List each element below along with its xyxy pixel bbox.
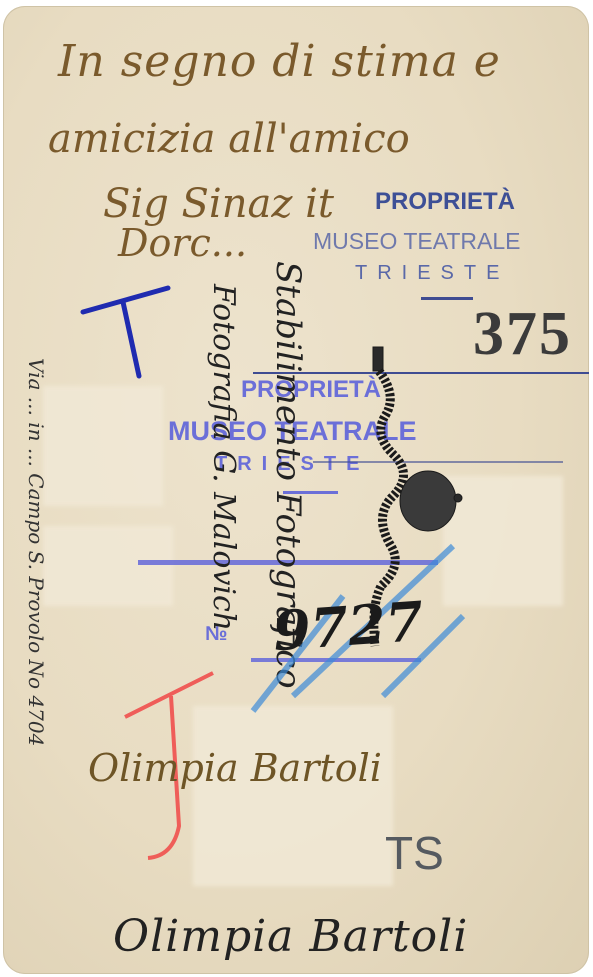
pencil-marks	[3, 6, 589, 974]
signature: Olimpia Bartoli	[113, 911, 468, 962]
photo-card-back: In segno di stima e amicizia all'amico S…	[3, 6, 589, 974]
pencil-name: Olimpia Bartoli	[88, 746, 382, 790]
blue-t-mark	[83, 288, 168, 376]
ink-catalog-number: 9727	[271, 589, 425, 663]
graphite-initials: TS	[385, 826, 444, 880]
